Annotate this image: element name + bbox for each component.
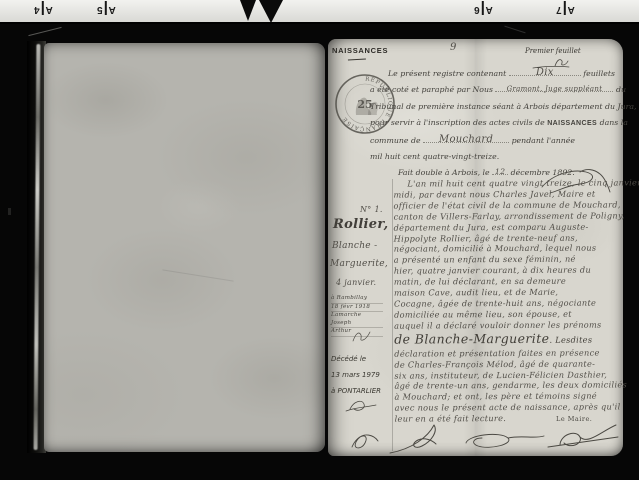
act-text: de — [394, 331, 415, 346]
initials-flourish-icon — [344, 397, 378, 415]
title-underline-flourish — [348, 59, 366, 64]
calibration-mark-a6: A6 — [474, 1, 493, 15]
film-scratch — [504, 26, 525, 34]
printed-text-bold: NAISSANCES — [547, 120, 597, 127]
fill-in-blank: Mouchard — [423, 133, 509, 143]
page-title: NAISSANCES — [332, 46, 388, 55]
act-line: négociant, domicilié à Mouchard, lequel … — [394, 243, 624, 255]
preamble-line: Tribunal de première instance séant à Ar… — [370, 99, 620, 115]
act-line: officier de l'état civil de la commune d… — [393, 199, 623, 211]
margin-birth-date: 4 janvier. — [336, 278, 376, 287]
preamble-line: a été coté et paraphé par Nous Gramont, … — [370, 82, 620, 98]
printed-text: pour servir à l'inscription des actes ci… — [370, 118, 545, 127]
calibration-label: 7 — [556, 3, 562, 15]
printed-text: a été coté et paraphé par Nous — [370, 85, 493, 94]
calibration-label: A — [568, 3, 575, 15]
printed-text: Tribunal de première instance séant à Ar… — [370, 102, 636, 111]
signatures-row-icon — [338, 421, 620, 455]
calibration-label: 4 — [34, 3, 40, 15]
margin-surname: Rollier, — [333, 217, 388, 232]
tick-mark-icon — [42, 1, 44, 15]
printed-text: commune de — [370, 136, 421, 145]
act-line: de Charles-François Mélod, âgé de quaran… — [394, 358, 624, 370]
calibration-mark-a5: A5 — [97, 1, 116, 15]
microfilm-scan: A4 A5 A6 A7 NAISSANCES 9 Premier feuille… — [0, 0, 639, 480]
handwritten-fill: Gramont, Juge suppléant — [507, 81, 603, 97]
left-blank-page — [44, 43, 325, 452]
register-page: NAISSANCES 9 Premier feuillet RÉPUBLIQUE… — [328, 39, 623, 456]
act-line: déclaration et présentation faites en pr… — [394, 347, 624, 359]
film-scratch — [28, 27, 61, 36]
paper-scratch — [162, 269, 233, 281]
film-scratch — [8, 208, 11, 215]
death-margin-note: Décédé le 13 mars 1979 à PONTARLIER — [331, 351, 381, 399]
preamble-line: Le présent registre contenant Dix feuill… — [370, 66, 620, 82]
calibration-label: A — [46, 3, 53, 15]
sheet-label: Premier feuillet — [525, 47, 581, 55]
preamble-line: pour servir à l'inscription des actes ci… — [370, 115, 620, 132]
fill-in-blank: 12 — [492, 165, 508, 175]
act-text: . Lesdites — [549, 334, 592, 344]
act-number: N° 1. — [360, 205, 383, 214]
margin-given-name: Marguerite, — [330, 259, 388, 269]
preamble-line: mil huit cent quatre-vingt-treize. — [370, 149, 620, 165]
triangle-marker-icon — [259, 0, 283, 23]
act-line: hier, quatre janvier courant, à dix heur… — [394, 265, 624, 277]
note-line: Lamarche Joseph — [331, 312, 383, 328]
calibration-label: A — [486, 3, 493, 15]
printed-text: pendant l'année — [512, 136, 575, 145]
calibration-label: A — [109, 3, 116, 15]
act-line: Cocagne, âgée de trente-huit ans, négoci… — [394, 297, 624, 309]
handwritten-page-number: 9 — [450, 42, 457, 53]
paraph-flourish-icon — [350, 329, 372, 345]
printed-text: Le présent registre contenant — [388, 69, 506, 78]
note-line: 18 févr 1918 — [331, 304, 383, 313]
printed-text: Fait double à Arbois, le — [398, 168, 490, 177]
printed-text: dans la — [600, 118, 628, 127]
calibration-mark-a4: A4 — [34, 1, 53, 15]
margin-given-name: Blanche - — [332, 241, 377, 251]
tick-mark-icon — [564, 1, 566, 15]
tick-mark-icon — [482, 1, 484, 15]
triangle-marker-icon — [240, 0, 256, 21]
act-line: canton de Villers-Farlay, arrondissement… — [394, 210, 624, 222]
tick-mark-icon — [105, 1, 107, 15]
preamble-line: commune de Mouchard pendant l'année — [370, 133, 620, 149]
note-line: Décédé le — [331, 351, 381, 367]
handwritten-fill: Mouchard — [439, 132, 493, 148]
calibration-strip: A4 A5 A6 A7 — [0, 0, 639, 24]
calibration-label: 5 — [97, 3, 103, 15]
note-line: à Rambillay — [331, 295, 383, 304]
calibration-mark-a7: A7 — [556, 1, 575, 15]
act-line: auquel il a déclaré vouloir donner les p… — [394, 319, 624, 331]
birth-act-text: L'an mil huit cent quatre vingt treize, … — [393, 177, 624, 424]
printed-text: mil huit cent quatre-vingt-treize. — [370, 152, 499, 161]
printed-text: feuillets — [583, 69, 615, 78]
child-name: Blanche-Marguerite — [415, 330, 550, 346]
act-child-name-line: de Blanche-Marguerite. Lesdites — [394, 330, 624, 348]
act-line: avec nous le présent acte de naissance, … — [395, 402, 625, 414]
printed-text: du — [616, 85, 626, 94]
note-line: 13 mars 1979 — [331, 367, 381, 383]
pen-flourish-icon — [531, 57, 571, 71]
calibration-label: 6 — [474, 3, 480, 15]
fill-in-blank: Gramont, Juge suppléant — [495, 82, 613, 92]
